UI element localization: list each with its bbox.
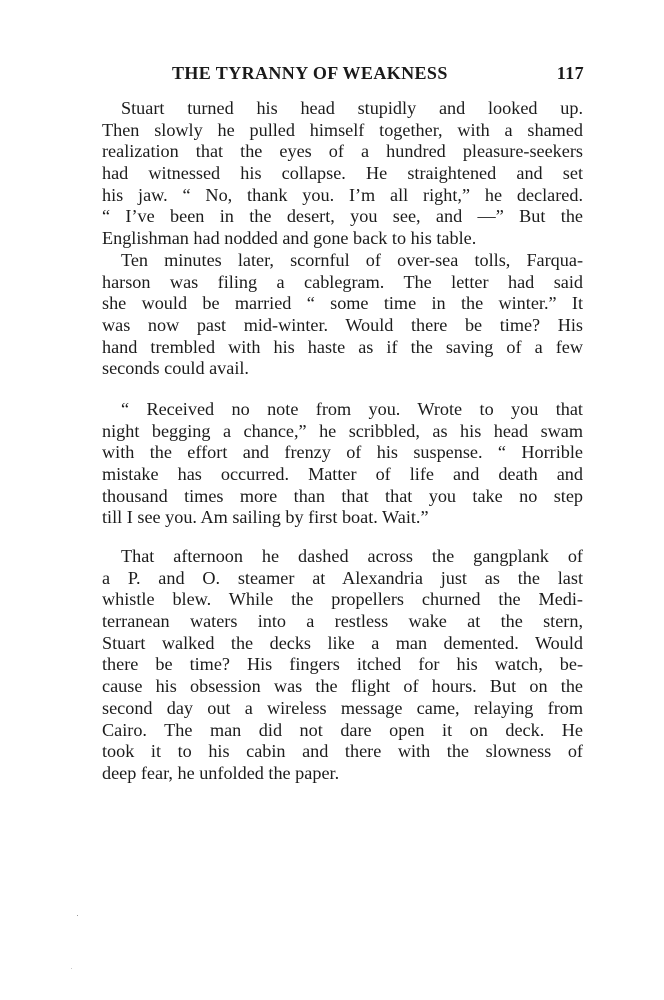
text-line: had witnessed his collapse. He straighte… <box>102 163 583 185</box>
paragraph-1: Stuart turned his head stupidly and look… <box>102 98 583 250</box>
scan-speck <box>77 915 78 916</box>
text-line: seconds could avail. <box>102 358 583 380</box>
text-line: terranean waters into a restless wake at… <box>102 611 583 633</box>
text-line: deep fear, he unfolded the paper. <box>102 763 583 785</box>
text-line: took it to his cabin and there with the … <box>102 741 583 763</box>
scan-speck <box>71 968 72 969</box>
paragraph-2: Ten minutes later, scornful of over-sea … <box>102 250 583 380</box>
text-line: his jaw. “ No, thank you. I’m all right,… <box>102 185 583 207</box>
text-line: hand trembled with his haste as if the s… <box>102 337 583 359</box>
text-line: she would be married “ some time in the … <box>102 293 583 315</box>
text-line: thousand times more than that that you t… <box>102 486 583 508</box>
text-line: a P. and O. steamer at Alexandria just a… <box>102 568 583 590</box>
text-line: realization that the eyes of a hundred p… <box>102 141 583 163</box>
chapter-title: THE TYRANNY OF WEAKNESS <box>172 63 448 84</box>
book-page: THE TYRANNY OF WEAKNESS 117 Stuart turne… <box>0 0 664 1000</box>
text-line: Cairo. The man did not dare open it on d… <box>102 720 583 742</box>
text-line: Stuart turned his head stupidly and look… <box>102 98 583 120</box>
text-line: “ I’ve been in the desert, you see, and … <box>102 206 583 228</box>
text-line: Ten minutes later, scornful of over-sea … <box>102 250 583 272</box>
text-line: “ Received no note from you. Wrote to yo… <box>102 399 583 421</box>
text-line: Englishman had nodded and gone back to h… <box>102 228 583 250</box>
text-line: till I see you. Am sailing by first boat… <box>102 507 583 529</box>
text-line: That afternoon he dashed across the gang… <box>102 546 583 568</box>
page-number: 117 <box>557 63 584 84</box>
text-line: mistake has occurred. Matter of life and… <box>102 464 583 486</box>
text-line: whistle blew. While the propellers churn… <box>102 589 583 611</box>
text-line: harson was filing a cablegram. The lette… <box>102 272 583 294</box>
text-line: was now past mid-winter. Would there be … <box>102 315 583 337</box>
text-line: there be time? His fingers itched for hi… <box>102 654 583 676</box>
text-line: Stuart walked the decks like a man demen… <box>102 633 583 655</box>
paragraph-3: “ Received no note from you. Wrote to yo… <box>102 399 583 529</box>
text-line: second day out a wireless message came, … <box>102 698 583 720</box>
text-line: night begging a chance,” he scribbled, a… <box>102 421 583 443</box>
text-line: with the effort and frenzy of his suspen… <box>102 442 583 464</box>
text-line: cause his obsession was the flight of ho… <box>102 676 583 698</box>
text-line: Then slowly he pulled himself together, … <box>102 120 583 142</box>
paragraph-4: That afternoon he dashed across the gang… <box>102 546 583 785</box>
